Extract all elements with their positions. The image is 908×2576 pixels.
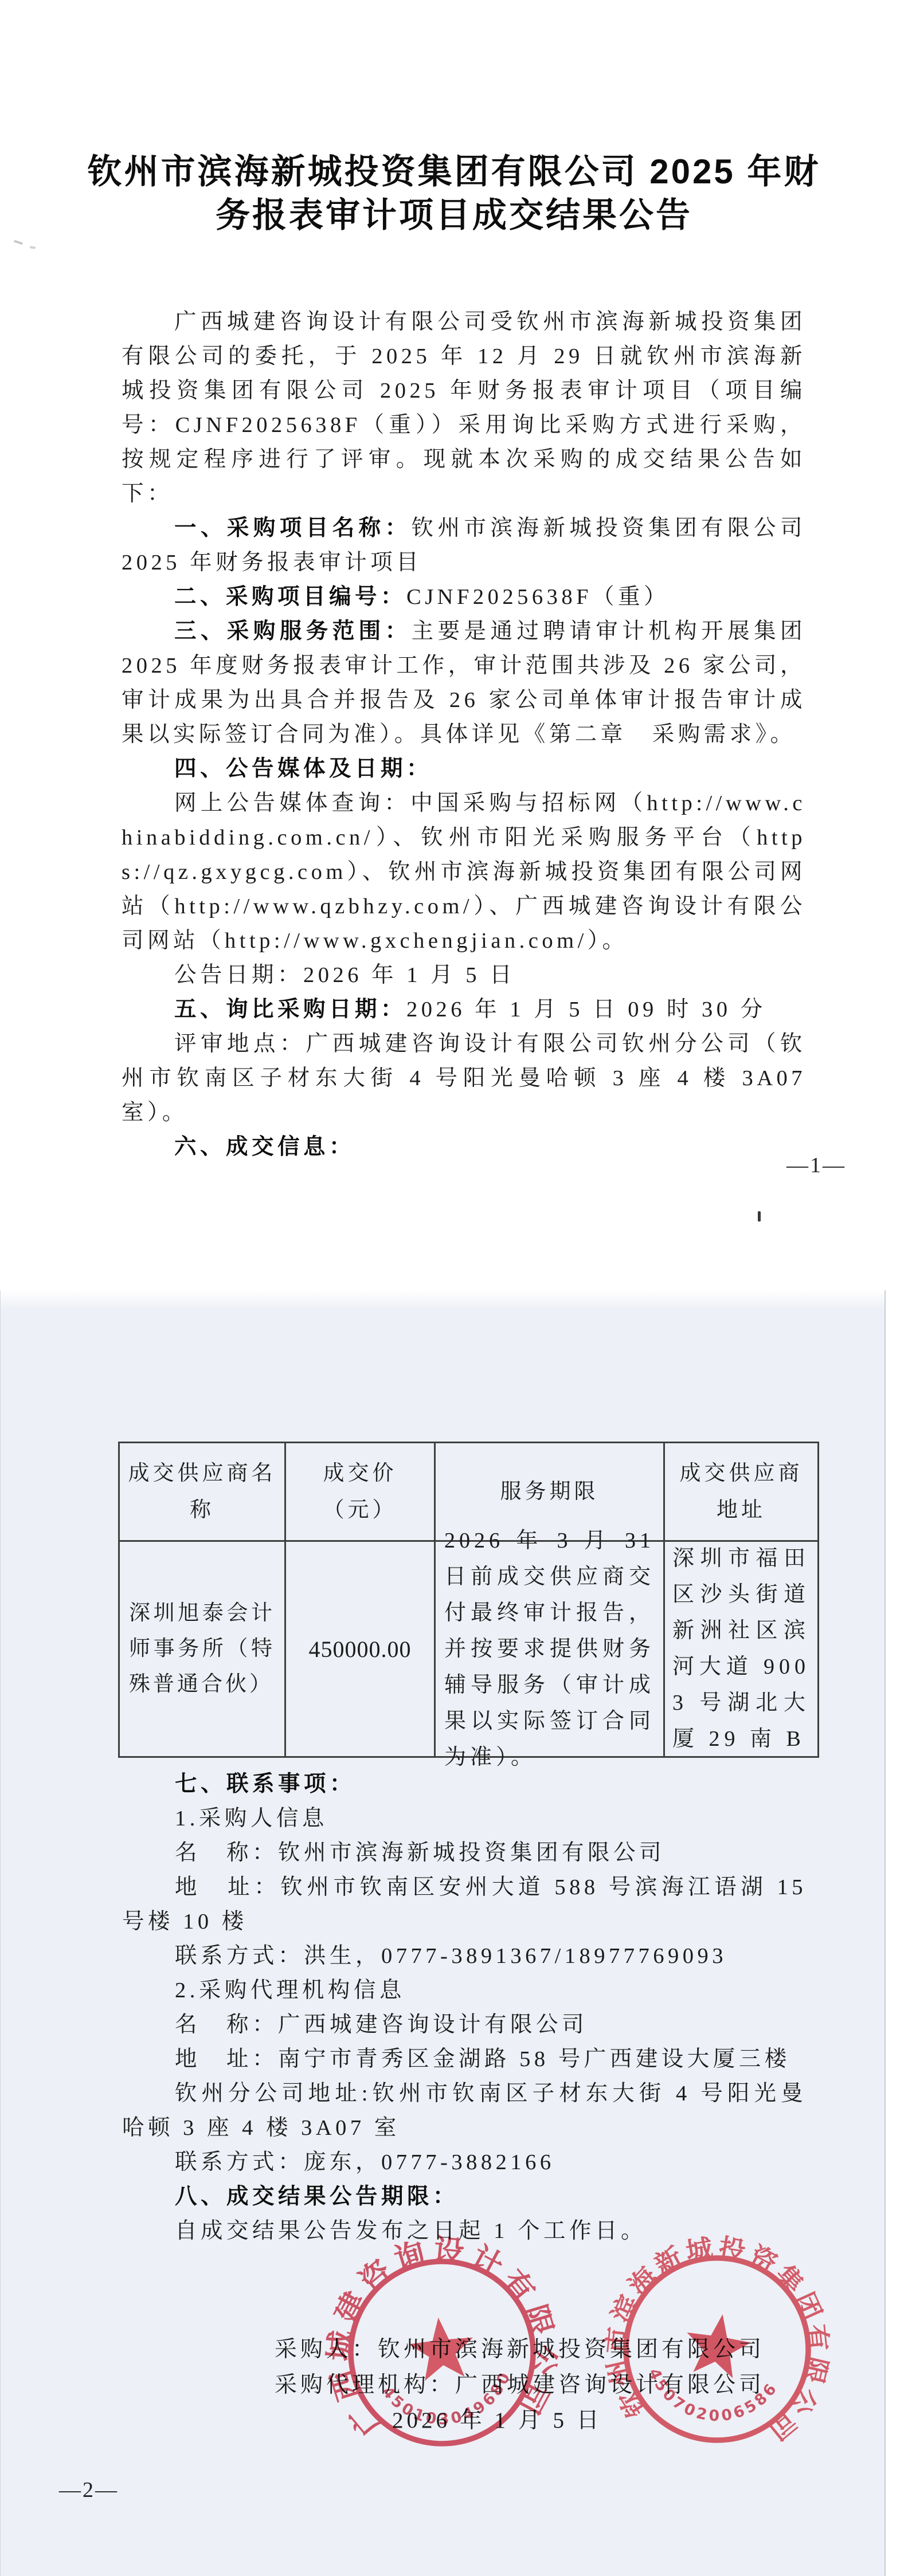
- official-seal-agency: 广西城建咨询设计有限公司 4501030496805: [308, 2219, 576, 2486]
- award-result-table: 成交供应商名称 成交价（元） 服务期限 成交供应商地址 深圳旭泰会计师事务所（特…: [118, 1442, 819, 1758]
- table-header-price: 成交价（元）: [286, 1443, 436, 1542]
- scan-noise-mark: [30, 246, 36, 249]
- buyer-info-heading: 1.采购人信息: [122, 1801, 807, 1836]
- buyer-address-line: 地 址：钦州市钦南区安州大道 588 号滨海江语湖 15 号楼 10 楼: [122, 1870, 807, 1939]
- page1-body-text: 广西城建咨询设计有限公司受钦州市滨海新城投资集团有限公司的委托，于 2025 年…: [122, 305, 806, 1164]
- agency-info-heading: 2.采购代理机构信息: [122, 1973, 807, 2008]
- table-cell-service-period: 2026 年 3 月 31 日前成交供应商交付最终审计报告，并按要求提供财务辅导…: [436, 1542, 665, 1758]
- document-page-1: 钦州市滨海新城投资集团有限公司 2025 年财 务报表审计项目成交结果公告 广西…: [0, 0, 908, 1290]
- scan-noise-mark: [14, 240, 23, 245]
- section-2-label: 二、采购项目编号：: [174, 584, 406, 609]
- document-page-2: 成交供应商名称 成交价（元） 服务期限 成交供应商地址 深圳旭泰会计师事务所（特…: [0, 1290, 886, 2576]
- title-line-1: 钦州市滨海新城投资集团有限公司 2025 年财: [0, 150, 908, 194]
- notice-date-line: 公告日期：2026 年 1 月 5 日: [122, 958, 806, 992]
- page2-body-text: 七、联系事项： 1.采购人信息 名 称：钦州市滨海新城投资集团有限公司 地 址：…: [122, 1767, 807, 2248]
- table-header-supplier-address: 成交供应商地址: [665, 1443, 819, 1542]
- agency-address-line: 地 址：南宁市青秀区金湖路 58 号广西建设大厦三楼: [122, 2042, 807, 2076]
- page-number-1: —1—: [786, 1153, 846, 1178]
- media-list-paragraph: 网上公告媒体查询：中国采购与招标网（http://www.chinabiddin…: [122, 786, 806, 958]
- table-cell-price: 450000.00: [286, 1542, 436, 1758]
- section-7-contact-heading: 七、联系事项：: [122, 1767, 807, 1801]
- agency-branch-address-line: 钦州分公司地址:钦州市钦南区子材东大街 4 号阳光曼哈顿 3 座 4 楼 3A0…: [122, 2076, 807, 2145]
- table-header-supplier-name: 成交供应商名称: [120, 1443, 286, 1542]
- section-5-label: 五、询比采购日期：: [174, 997, 406, 1022]
- review-place-line: 评审地点：广西城建咨询设计有限公司钦州分公司（钦州市钦南区子材东大街 4 号阳光…: [122, 1027, 806, 1130]
- agency-contact-line: 联系方式：庞东，0777-3882166: [122, 2145, 807, 2180]
- table-cell-supplier-name: 深圳旭泰会计师事务所（特殊普通合伙）: [120, 1542, 286, 1758]
- title-line-2: 务报表审计项目成交结果公告: [0, 194, 908, 237]
- intro-paragraph: 广西城建咨询设计有限公司受钦州市滨海新城投资集团有限公司的委托，于 2025 年…: [122, 305, 806, 511]
- section-6-label: 六、成交信息：: [174, 1134, 355, 1159]
- section-4-label: 四、公告媒体及日期：: [174, 756, 432, 781]
- section-5-inquiry-date: 五、询比采购日期：2026 年 1 月 5 日 09 时 30 分: [122, 992, 806, 1027]
- official-seal-buyer: 钦州市滨海新城投资集团有限公司 4507020065862: [578, 2210, 856, 2488]
- section-1-project-name: 一、采购项目名称：钦州市滨海新城投资集团有限公司 2025 年财务报表审计项目: [122, 511, 806, 580]
- section-3-label: 三、采购服务范围：: [174, 619, 412, 643]
- agency-name-line: 名 称：广西城建咨询设计有限公司: [122, 2008, 807, 2042]
- section-8-deadline-heading: 八、成交结果公告期限：: [122, 2180, 807, 2214]
- table-cell-supplier-address: 深圳市福田区沙头街道新洲社区滨河大道 9003 号湖北大厦 29 南 B: [665, 1542, 819, 1758]
- scan-noise-mark: [758, 1211, 761, 1222]
- section-6-award-info-heading: 六、成交信息：: [122, 1130, 806, 1164]
- section-2-project-number: 二、采购项目编号：CJNF2025638F（重）: [122, 580, 806, 614]
- section-4-media-date-heading: 四、公告媒体及日期：: [122, 752, 806, 786]
- section-3-service-scope: 三、采购服务范围：主要是通过聘请审计机构开展集团 2025 年度财务报表审计工作…: [122, 614, 806, 752]
- buyer-name-line: 名 称：钦州市滨海新城投资集团有限公司: [122, 1836, 807, 1870]
- seal-star-icon: [681, 2309, 754, 2380]
- section-1-label: 一、采购项目名称：: [174, 516, 412, 540]
- buyer-contact-line: 联系方式：洪生，0777-3891367/18977769093: [122, 1939, 807, 1973]
- document-title: 钦州市滨海新城投资集团有限公司 2025 年财 务报表审计项目成交结果公告: [0, 150, 908, 237]
- seal-star-icon: [406, 2314, 477, 2382]
- page-number-2: —2—: [59, 2477, 119, 2503]
